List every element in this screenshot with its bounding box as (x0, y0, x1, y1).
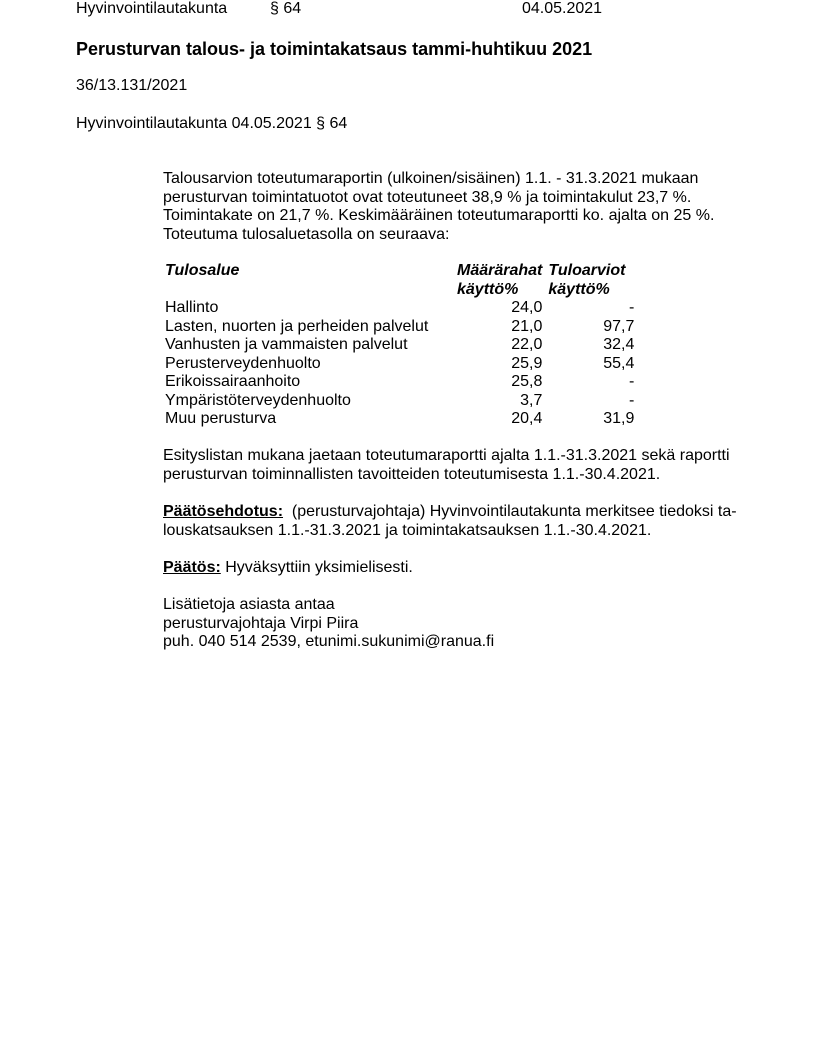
cell-appropriation: 25,9 (457, 355, 542, 374)
header-appropriation-line1: Määrärahat (457, 262, 542, 279)
header-section-number: § 64 (270, 0, 301, 18)
contact-line: perusturvajohtaja Virpi Piira (163, 615, 763, 634)
contact-line: puh. 040 514 2539, etunimi.sukunimi@ranu… (163, 633, 763, 652)
header-board-name: Hyvinvointilautakunta (76, 0, 227, 18)
proposal-label: Päätösehdotus: (163, 503, 283, 520)
table-row: Muu perusturva20,431,9 (163, 410, 634, 429)
cell-area: Lasten, nuorten ja perheiden palvelut (163, 318, 457, 337)
cell-area: Ympäristöterveydenhuolto (163, 392, 457, 411)
cell-area: Perusterveydenhuolto (163, 355, 457, 374)
proposal-text-cont: louskatsauksen 1.1.-31.3.2021 ja toimint… (163, 522, 763, 541)
table-row: Lasten, nuorten ja perheiden palvelut21,… (163, 318, 634, 337)
header-area: Tulosalue (163, 262, 457, 299)
table-row: Ympäristöterveydenhuolto3,7- (163, 392, 634, 411)
intro-line: Talousarvion toteutumaraportin (ulkoinen… (163, 170, 763, 189)
header-date: 04.05.2021 (522, 0, 602, 18)
decision-paragraph: Päätös: Hyväksyttiin yksimielisesti. (163, 559, 763, 578)
cell-appropriation: 20,4 (457, 410, 542, 429)
cell-appropriation: 3,7 (457, 392, 542, 411)
cell-revenue: 97,7 (542, 318, 634, 337)
cell-revenue: 31,9 (542, 410, 634, 429)
cell-revenue: 55,4 (542, 355, 634, 374)
contact-line: Lisätietoja asiasta antaa (163, 596, 763, 615)
cell-appropriation: 25,8 (457, 373, 542, 392)
cell-revenue: 32,4 (542, 336, 634, 355)
header-revenue: Tuloarviot käyttö% (542, 262, 634, 299)
cell-revenue: - (542, 299, 634, 318)
attachments-line: perusturvan toiminnallisten tavoitteiden… (163, 466, 763, 485)
decision-label: Päätös: (163, 559, 221, 576)
intro-paragraph: Talousarvion toteutumaraportin (ulkoinen… (163, 170, 763, 244)
attachments-line: Esityslistan mukana jaetaan toteutumarap… (163, 447, 763, 466)
header-revenue-line1: Tuloarviot (548, 262, 625, 279)
cell-area: Muu perusturva (163, 410, 457, 429)
cell-appropriation: 24,0 (457, 299, 542, 318)
header-appropriation: Määrärahat käyttö% (457, 262, 542, 299)
decision-text: Hyväksyttiin yksimielisesti. (225, 559, 413, 576)
cell-area: Hallinto (163, 299, 457, 318)
contact-info: Lisätietoja asiasta antaa perusturvajoht… (163, 596, 763, 652)
cell-revenue: - (542, 373, 634, 392)
cell-revenue: - (542, 392, 634, 411)
table-row: Perusterveydenhuolto25,955,4 (163, 355, 634, 374)
header-appropriation-line2: käyttö% (457, 281, 518, 298)
document-id: 36/13.131/2021 (76, 77, 187, 95)
cell-appropriation: 22,0 (457, 336, 542, 355)
table-row: Hallinto24,0- (163, 299, 634, 318)
proposal-text: (perusturvajohtaja) Hyvinvointilautakunt… (292, 503, 737, 520)
cell-area: Vanhusten ja vammaisten palvelut (163, 336, 457, 355)
meeting-reference: Hyvinvointilautakunta 04.05.2021 § 64 (76, 115, 347, 133)
table-row: Vanhusten ja vammaisten palvelut22,032,4 (163, 336, 634, 355)
document-title: Perusturvan talous- ja toimintakatsaus t… (76, 38, 592, 60)
intro-line: perusturvan toimintatuotot ovat toteutun… (163, 189, 763, 208)
intro-line: Toimintakate on 21,7 %. Keskimääräinen t… (163, 207, 763, 226)
table-row: Erikoissairaanhoito25,8- (163, 373, 634, 392)
header-revenue-line2: käyttö% (548, 281, 609, 298)
intro-line: Toteutuma tulosaluetasolla on seuraava: (163, 226, 763, 245)
cell-appropriation: 21,0 (457, 318, 542, 337)
results-table: Tulosalue Määrärahat käyttö% Tuloarviot … (163, 262, 634, 429)
cell-area: Erikoissairaanhoito (163, 373, 457, 392)
proposal-paragraph: Päätösehdotus: (perusturvajohtaja) Hyvin… (163, 503, 763, 540)
attachments-paragraph: Esityslistan mukana jaetaan toteutumarap… (163, 447, 763, 484)
table-header-row: Tulosalue Määrärahat käyttö% Tuloarviot … (163, 262, 634, 299)
